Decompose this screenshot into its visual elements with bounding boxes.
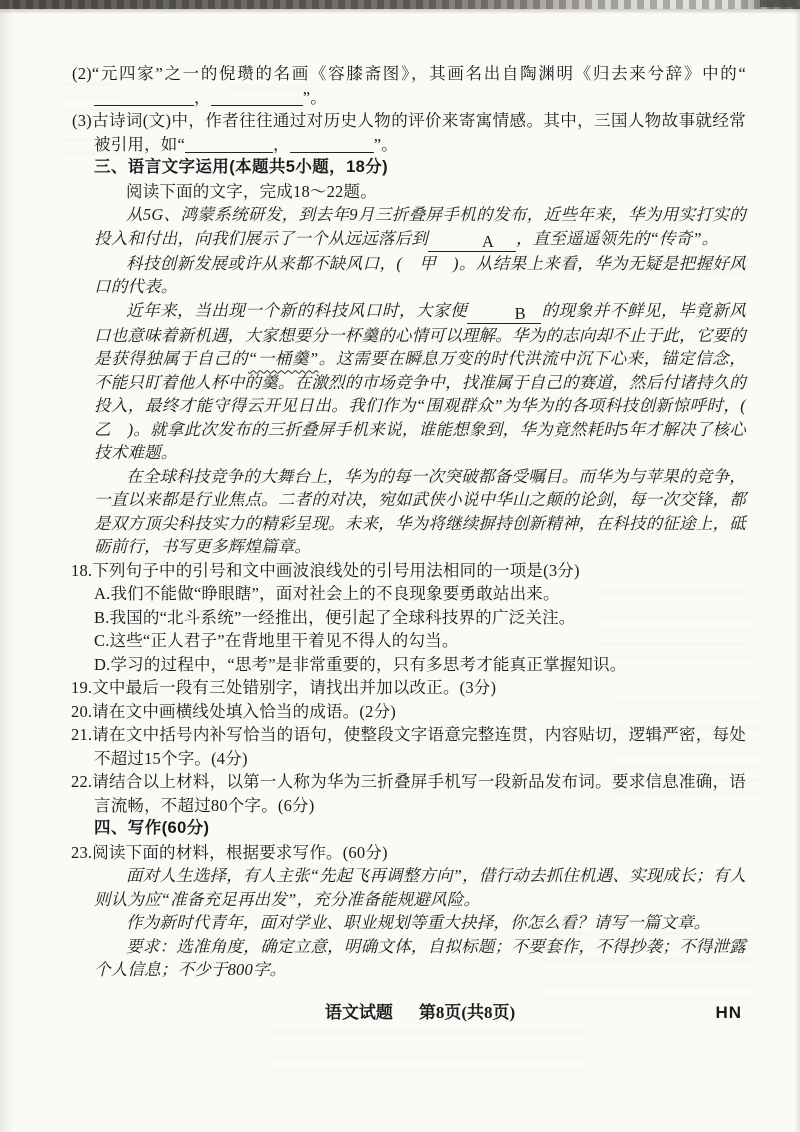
- footer-doc-title: 语文试题: [325, 1000, 393, 1026]
- page-footer: 语文试题 第8页(共8页) HN: [94, 1000, 746, 1026]
- section-heading-writing: 四、写作(60分): [94, 817, 746, 841]
- passage-text: 近年来，当出现一个新的科技风口时，大家便: [126, 301, 467, 320]
- passage-intro: 阅读下面的文字，完成18～22题。: [94, 180, 746, 204]
- question-20: 20.请在文中画横线处填入恰当的成语。(2分): [94, 700, 746, 724]
- inline-blank-A: A: [428, 233, 516, 252]
- scan-edge-shadow: [0, 9, 800, 14]
- blank-separator: ，: [194, 88, 211, 107]
- scan-edge-artifact-left: [0, 0, 14, 1132]
- section-heading-language-use: 三、语言文字运用(本题共5小题，18分): [94, 156, 746, 180]
- question-18-stem: 18.下列句子中的引号和文中画波浪线处的引号用法相同的一项是(3分): [94, 559, 746, 583]
- wavy-underlined-phrase: “一桶羹”: [248, 349, 318, 368]
- bleedthrough-smudge: [268, 1030, 588, 1072]
- question-19: 19.文中最后一段有三处错别字，请找出并加以改正。(3分): [94, 676, 746, 700]
- quote-open: “: [738, 64, 746, 83]
- question-21: 21.请在文中括号内补写恰当的语句，使整段文字语意完整连贯，内容贴切，逻辑严密，…: [94, 723, 746, 770]
- answer-blank-line: [290, 138, 374, 153]
- page-content: (2)“元四家”之一的倪瓒的名画《容膝斋图》，其画名出自陶渊明《归去来兮辞》中的…: [94, 62, 746, 982]
- footer-page-number: 第8页(共8页): [419, 1000, 515, 1026]
- fill-blank-item-3: (3)古诗词(文)中，作者往往通过对历史人物的评价来寄寓情感。其中，三国人物故事…: [94, 109, 746, 156]
- answer-blank-line: [211, 91, 303, 106]
- inline-blank-B: B: [467, 305, 541, 324]
- scanned-exam-page: (2)“元四家”之一的倪瓒的名画《容膝斋图》，其画名出自陶渊明《归去来兮辞》中的…: [0, 0, 800, 1132]
- question-18-option-A: A.我们不能做“睁眼瞎”，面对社会上的不良现象要勇敢站出来。: [94, 582, 746, 606]
- quote-close: ”。: [374, 135, 398, 154]
- question-3-text: (3)古诗词(文)中，作者往往通过对历史人物的评价来寄寓情感。其中，三国人物故事…: [72, 111, 746, 154]
- question-18-option-C: C.这些“正人君子”在背地里干着见不得人的勾当。: [94, 629, 746, 653]
- question-18-option-B: B.我国的“北斗系统”一经推出，便引起了全球科技界的广泛关注。: [94, 606, 746, 630]
- question-2-text: (2)“元四家”之一的倪瓒的名画《容膝斋图》，其画名出自陶渊明《归去来兮辞》中的: [72, 64, 738, 83]
- essay-material-1: 面对人生选择，有人主张“先起飞再调整方向”，借行动去抓住机遇、实现成长；有人则认…: [94, 864, 746, 911]
- quote-close: ”。: [303, 88, 327, 107]
- answer-blank-line: [185, 138, 273, 153]
- passage-paragraph-3: 近年来，当出现一个新的科技风口时，大家便B的现象并不鲜见，毕竟新风口也意味着新机…: [94, 299, 746, 465]
- essay-material-3: 要求：选准角度，确定立意，明确文体，自拟标题；不要套作，不得抄袭；不得泄露个人信…: [94, 935, 746, 982]
- passage-paragraph-1: 从5G、鸿蒙系统研发，到去年9月三折叠屏手机的发布，近些年来，华为用实打实的投入…: [94, 203, 746, 252]
- scan-edge-artifact-right: [794, 0, 800, 1132]
- fill-blank-item-2: (2)“元四家”之一的倪瓒的名画《容膝斋图》，其画名出自陶渊明《归去来兮辞》中的…: [94, 62, 746, 109]
- question-23-stem: 23.阅读下面的材料，根据要求写作。(60分): [94, 841, 746, 865]
- question-18-option-D: D.学习的过程中，“思考”是非常重要的，只有多思考才能真正掌握知识。: [94, 653, 746, 677]
- footer-center: 语文试题 第8页(共8页): [94, 1000, 746, 1026]
- question-22: 22.请结合以上材料，以第一人称为华为三折叠屏手机写一段新品发布词。要求信息准确…: [94, 770, 746, 817]
- footer-paper-code: HN: [715, 1000, 742, 1026]
- scan-edge-artifact-top: [0, 0, 800, 9]
- essay-material-2: 作为新时代青年，面对学业、职业规划等重大抉择，你怎么看？请写一篇文章。: [94, 911, 746, 935]
- passage-paragraph-2: 科技创新发展或许从来都不缺风口，( 甲 )。从结果上来看，华为无疑是把握好风口的…: [94, 252, 746, 299]
- passage-paragraph-4: 在全球科技竞争的大舞台上，华为的每一次突破都备受嘱目。而华为与苹果的竞争，一直以…: [94, 465, 746, 559]
- answer-blank-line: [94, 91, 194, 106]
- blank-separator: ，: [273, 135, 290, 154]
- passage-text: ，直至遥遥领先的“传奇”。: [516, 229, 718, 248]
